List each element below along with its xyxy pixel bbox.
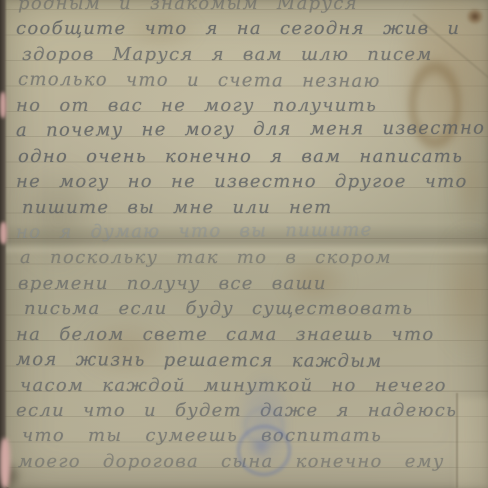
handwritten-line: письма если буду существовать <box>24 296 488 321</box>
pink-fiber-bottom <box>0 438 10 488</box>
handwritten-line-faded: но я думаю что вы пишите <box>16 217 484 246</box>
handwritten-line: родным и знакомым Маруся <box>18 0 486 16</box>
handwritten-line: не могу но не известно другое что <box>16 169 484 194</box>
background-surface-edge <box>0 0 7 488</box>
photograph-of-handwritten-letter: родным и знакомым Маруся сообщите что я … <box>0 0 488 488</box>
handwritten-line: а почему не могу для меня известно <box>16 116 484 144</box>
handwritten-line: на белом свете сама знаешь что <box>16 322 484 347</box>
handwritten-line: одно очень конечно я вам написать <box>18 144 486 169</box>
handwritten-line: здоров Маруся я вам шлю писем <box>22 42 488 67</box>
handwritten-line: пишите вы мне или нет <box>22 195 488 220</box>
handwritten-line: а поскольку так то в скором <box>20 245 488 270</box>
ink-stamp-center <box>250 436 272 458</box>
handwritten-line: моя жизнь решается каждым <box>16 347 484 375</box>
handwritten-line: столько что и счета незнаю <box>18 67 486 95</box>
handwritten-line: но от вас не могу получить <box>16 93 484 118</box>
handwritten-line: сообщите что я на сегодня жив и <box>16 16 484 41</box>
pink-fiber-top <box>0 92 6 118</box>
handwritten-line: времени получу все ваши <box>18 271 486 296</box>
pink-fiber-middle <box>0 222 7 244</box>
